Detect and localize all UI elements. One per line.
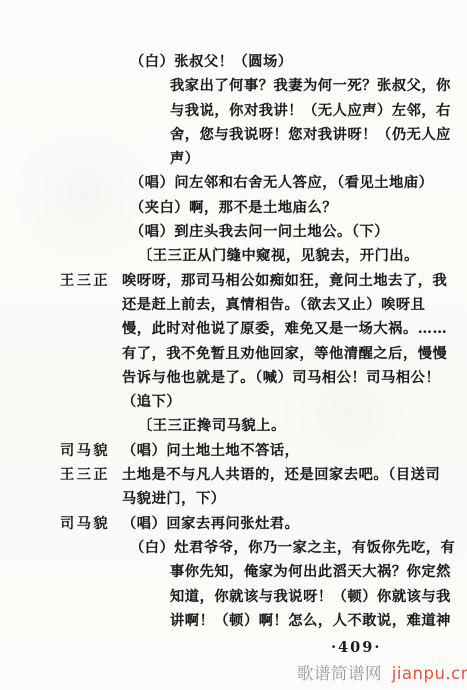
dialogue-line: 我家出了何事？我妻为何一死？张叔父，你 — [122, 74, 459, 98]
dialogue-line: 事你先知，俺家为何出此滔天大祸？你定然 — [122, 560, 459, 584]
dialogue-line: （唱）问左邻和右舍无人答应，（看见土地庙） — [122, 171, 459, 195]
dialogue-lines: 唉呀呀，那司马相公如痴如狂，竟问土地去了，我还是赶上前去，真情相告。（欲去又止）… — [122, 269, 459, 415]
dialogue-block: 王三正唉呀呀，那司马相公如痴如狂，竟问土地去了，我还是赶上前去，真情相告。（欲去… — [60, 269, 459, 415]
speaker-label: 司马貌 — [60, 439, 122, 463]
dialogue-lines: （唱）问土地土地不答话， — [122, 439, 459, 463]
dialogue-line: 声） — [122, 147, 459, 171]
dialogue-lines: 〔王三正从门缝中窥视，见貌去，开门出。 — [122, 244, 459, 268]
dialogue-line: （白）灶君爷爷，你乃一家之主，有饭你先吃，有 — [122, 536, 459, 560]
stage-direction-line: 〔王三正搀司马貌上。 — [122, 414, 459, 438]
speaker-label: 司马貌 — [60, 512, 122, 633]
dialogue-line: 慢，此时对他说了原委，难免又是一场大祸。…… — [122, 317, 459, 341]
dialogue-line: （唱）问土地土地不答话， — [122, 439, 459, 463]
script-body: （白）张叔父！（圆场）我家出了何事？我妻为何一死？张叔父，你与我说，你对我讲！（… — [60, 50, 459, 633]
dialogue-line: 与我说，你对我讲！（无人应声）左邻，右 — [122, 99, 459, 123]
page-number: ·409· — [331, 639, 381, 656]
dialogue-line: 讲啊！（顿）啊！怎么，人不敢说，难道神 — [122, 609, 459, 633]
dialogue-line: （白）张叔父！（圆场） — [122, 50, 459, 74]
dialogue-line: 唉呀呀，那司马相公如痴如狂，竟问土地去了，我 — [122, 269, 459, 293]
dialogue-block: （白）张叔父！（圆场）我家出了何事？我妻为何一死？张叔父，你与我说，你对我讲！（… — [60, 50, 459, 244]
dialogue-line: 告诉与他也就是了。（喊）司马相公！司马相公！ — [122, 366, 459, 390]
dialogue-block: 司马貌（唱）问土地土地不答话， — [60, 439, 459, 463]
dialogue-line: 土地是不与凡人共语的，还是回家去吧。（目送司 — [122, 463, 459, 487]
speaker-label: 王三正 — [60, 463, 122, 512]
dialogue-line: （夹白）啊，那不是土地庙么？ — [122, 196, 459, 220]
watermark-site-url: jianpu.cn — [392, 664, 467, 683]
stage-direction-block: 〔王三正从门缝中窥视，见貌去，开门出。 — [60, 244, 459, 268]
dialogue-block: 王三正土地是不与凡人共语的，还是回家去吧。（目送司马貌进门，下） — [60, 463, 459, 512]
dialogue-line: （唱）到庄头我去问一问土地公。（下） — [122, 220, 459, 244]
dialogue-line: 马貌进门，下） — [122, 487, 459, 511]
dialogue-line: （唱）回家去再问张灶君。 — [122, 512, 459, 536]
watermark-site-name: 歌谱简谱网 — [297, 664, 382, 683]
stage-direction-block: 〔王三正搀司马貌上。 — [60, 414, 459, 438]
dialogue-line: 舍，您与我说呀！您对我讲呀！（仍无人应 — [122, 123, 459, 147]
speaker-label — [60, 414, 122, 438]
dialogue-line: （追下） — [122, 390, 459, 414]
speaker-label — [60, 50, 122, 244]
stage-direction-line: 〔王三正从门缝中窥视，见貌去，开门出。 — [122, 244, 459, 268]
watermark: 歌谱简谱网 jianpu.cn — [297, 660, 467, 684]
dialogue-lines: （唱）回家去再问张灶君。（白）灶君爷爷，你乃一家之主，有饭你先吃，有事你先知，俺… — [122, 512, 459, 633]
dialogue-line: 有了，我不免暂且劝他回家，等他清醒之后，慢慢 — [122, 342, 459, 366]
speaker-label: 王三正 — [60, 269, 122, 415]
dialogue-lines: 土地是不与凡人共语的，还是回家去吧。（目送司马貌进门，下） — [122, 463, 459, 512]
scanned-script-page: （白）张叔父！（圆场）我家出了何事？我妻为何一死？张叔父，你与我说，你对我讲！（… — [0, 0, 467, 690]
speaker-label — [60, 244, 122, 268]
dialogue-block: 司马貌（唱）回家去再问张灶君。（白）灶君爷爷，你乃一家之主，有饭你先吃，有事你先… — [60, 512, 459, 633]
dialogue-lines: （白）张叔父！（圆场）我家出了何事？我妻为何一死？张叔父，你与我说，你对我讲！（… — [122, 50, 459, 244]
dialogue-line: 知道，你就该与我说呀！（顿）你就该与我 — [122, 585, 459, 609]
dialogue-lines: 〔王三正搀司马貌上。 — [122, 414, 459, 438]
dialogue-line: 还是赶上前去，真情相告。（欲去又止）唉呀且 — [122, 293, 459, 317]
